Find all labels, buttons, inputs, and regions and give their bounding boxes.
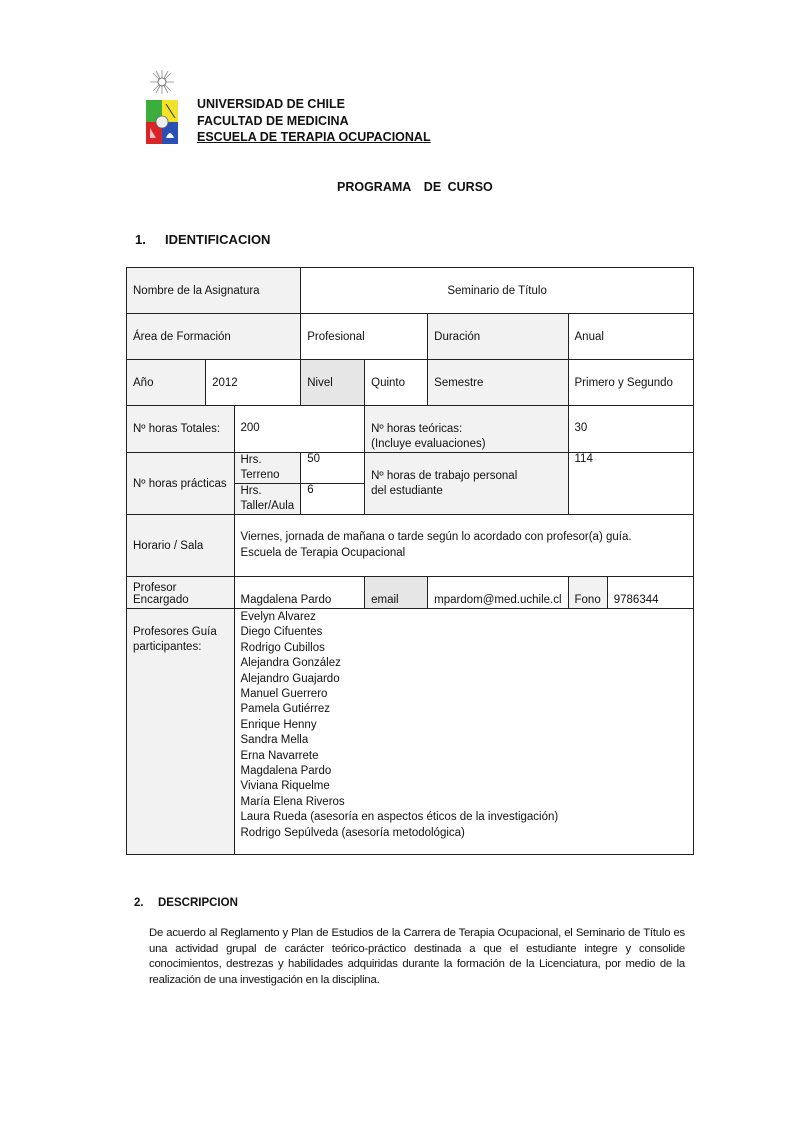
fono-label: Fono [568, 577, 607, 609]
section-number: 1. [135, 232, 165, 247]
hrs-taller-value: 6 [301, 484, 365, 515]
email-label: email [365, 577, 428, 609]
nivel-label: Nivel [301, 360, 365, 406]
section-number: 2. [134, 897, 158, 909]
profesor-label: Profesor Encargado [127, 577, 235, 609]
hrs-terreno-label: Hrs. Terreno [234, 453, 301, 484]
hrs-terreno-value: 50 [301, 453, 365, 484]
semestre-value: Primero y Segundo [568, 360, 693, 406]
guia-item: Magdalena Pardo [241, 764, 688, 779]
guia-item: Diego Cifuentes [241, 625, 688, 640]
university-name: UNIVERSIDAD DE CHILE [197, 96, 431, 113]
horas-teoricas-value: 30 [568, 406, 693, 453]
row-horas-practicas-1: Nº horas prácticas Hrs. Terreno 50 Nº ho… [127, 453, 694, 484]
horas-teoricas-label: Nº horas teóricas: (Incluye evaluaciones… [365, 406, 568, 453]
guia-item: Pamela Gutiérrez [241, 702, 688, 717]
duracion-value: Anual [568, 314, 693, 360]
hrs-terreno-label-1: Hrs. [241, 453, 295, 468]
anio-value: 2012 [206, 360, 301, 406]
document-title: PROGRAMA DE CURSO [337, 180, 493, 194]
guias-label: Profesores Guía participantes: [127, 609, 235, 855]
horario-label: Horario / Sala [127, 515, 235, 577]
trabajo-personal-value: 114 [568, 453, 693, 515]
semestre-label: Semestre [428, 360, 568, 406]
section-identificacion-heading: 1.IDENTIFICACION [135, 232, 270, 247]
hrs-terreno-label-2: Terreno [241, 468, 295, 483]
section-title: IDENTIFICACION [165, 232, 270, 247]
guia-item: Evelyn Alvarez [241, 610, 688, 625]
horas-teoricas-note: (Incluye evaluaciones) [371, 437, 561, 452]
row-profesores-guia: Profesores Guía participantes: Evelyn Al… [127, 609, 694, 855]
guia-item: Alejandra González [241, 656, 688, 671]
guia-item: Alejandro Guajardo [241, 672, 688, 687]
fono-value: 9786344 [607, 577, 693, 609]
row-horario: Horario / Sala Viernes, jornada de mañan… [127, 515, 694, 577]
nombre-label: Nombre de la Asignatura [127, 268, 301, 314]
school-name: ESCUELA DE TERAPIA OCUPACIONAL [197, 129, 431, 146]
area-label: Área de Formación [127, 314, 301, 360]
email-link[interactable]: mpardom@med.uchile.cl [434, 594, 561, 606]
guia-item: Sandra Mella [241, 733, 688, 748]
row-area: Área de Formación Profesional Duración A… [127, 314, 694, 360]
guia-item: María Elena Riveros [241, 795, 688, 810]
email-value[interactable]: mpardom@med.uchile.cl [428, 577, 568, 609]
row-nombre: Nombre de la Asignatura Seminario de Tít… [127, 268, 694, 314]
area-value: Profesional [301, 314, 428, 360]
profesor-value: Magdalena Pardo [234, 577, 365, 609]
horas-practicas-label: Nº horas prácticas [127, 453, 235, 515]
guias-list: Evelyn Alvarez Diego Cifuentes Rodrigo C… [234, 609, 694, 855]
identification-table: Nombre de la Asignatura Seminario de Tít… [126, 267, 694, 855]
horas-totales-value: 200 [234, 406, 365, 453]
row-profesor: Profesor Encargado Magdalena Pardo email… [127, 577, 694, 609]
horario-line-1: Viernes, jornada de mañana o tarde según… [241, 530, 688, 546]
row-horas-totales: Nº horas Totales: 200 Nº horas teóricas:… [127, 406, 694, 453]
guia-item: Viviana Riquelme [241, 779, 688, 794]
hrs-taller-label-1: Hrs. [241, 484, 295, 499]
trabajo-personal-label: Nº horas de trabajo personal del estudia… [365, 453, 568, 515]
descripcion-paragraph: De acuerdo al Reglamento y Plan de Estud… [149, 926, 685, 988]
hrs-taller-label-2: Taller/Aula [241, 499, 295, 514]
horas-totales-label: Nº horas Totales: [127, 406, 235, 453]
guia-item: Erna Navarrete [241, 749, 688, 764]
section-descripcion-heading: 2.DESCRIPCION [134, 897, 238, 909]
guia-item: Rodrigo Cubillos [241, 641, 688, 656]
university-crest-icon [142, 68, 182, 150]
horas-teoricas-label-text: Nº horas teóricas: [371, 422, 561, 437]
faculty-name: FACULTAD DE MEDICINA [197, 113, 431, 130]
hrs-taller-label: Hrs. Taller/Aula [234, 484, 301, 515]
guia-item: Manuel Guerrero [241, 687, 688, 702]
guia-item: Laura Rueda (asesoría en aspectos éticos… [241, 810, 688, 825]
institution-header: UNIVERSIDAD DE CHILE FACULTAD DE MEDICIN… [197, 96, 431, 146]
duracion-label: Duración [428, 314, 568, 360]
anio-label: Año [127, 360, 206, 406]
row-anio: Año 2012 Nivel Quinto Semestre Primero y… [127, 360, 694, 406]
trabajo-personal-label-2: del estudiante [371, 484, 561, 499]
section-title: DESCRIPCION [158, 897, 238, 909]
nombre-value: Seminario de Título [301, 268, 694, 314]
nivel-value: Quinto [365, 360, 428, 406]
horario-line-2: Escuela de Terapia Ocupacional [241, 546, 688, 562]
guia-item: Rodrigo Sepúlveda (asesoría metodológica… [241, 826, 688, 841]
guias-label-2: participantes: [133, 640, 228, 655]
horario-value: Viernes, jornada de mañana o tarde según… [234, 515, 694, 577]
guia-item: Enrique Henny [241, 718, 688, 733]
trabajo-personal-label-1: Nº horas de trabajo personal [371, 469, 561, 484]
guias-label-1: Profesores Guía [133, 625, 228, 640]
